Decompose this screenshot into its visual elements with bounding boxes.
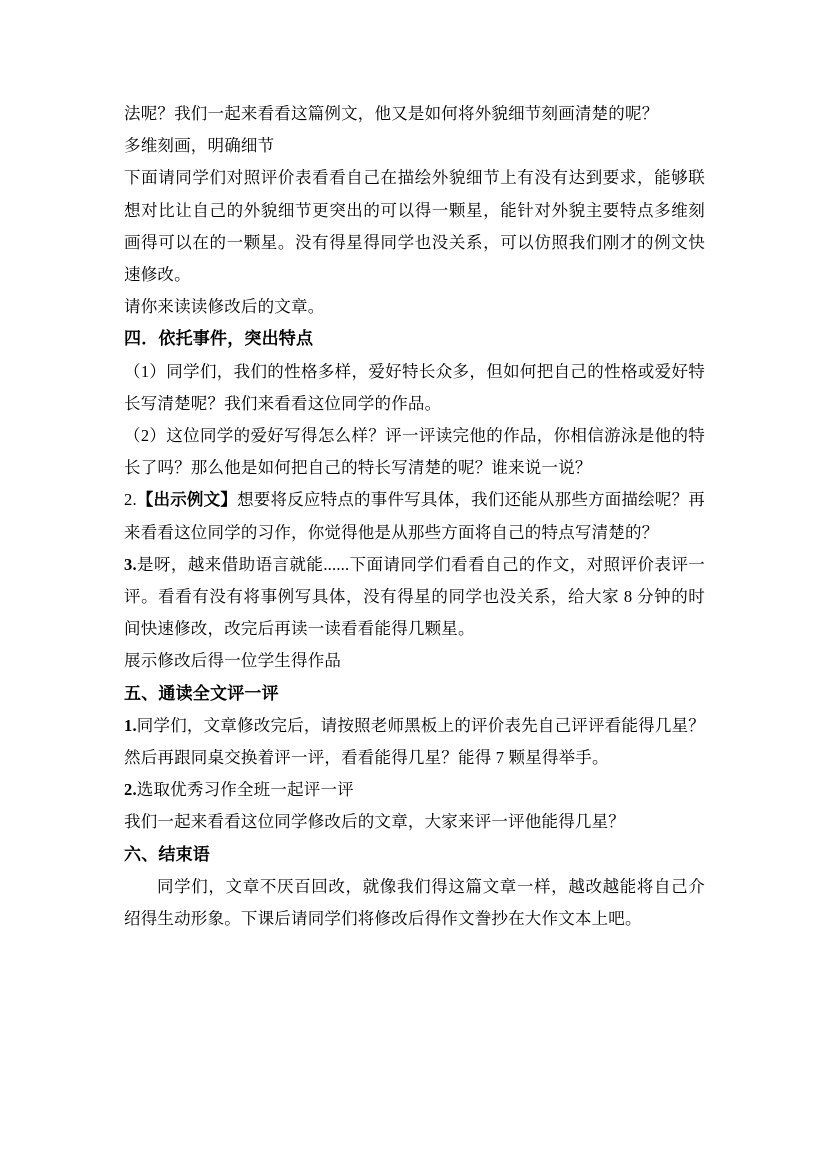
- text-run: （2）这位同学的爱好写得怎么样？评一评读完他的作品，你相信游泳是他的特长了吗？那…: [124, 426, 705, 477]
- section-heading: 六、结束语: [124, 839, 705, 871]
- text-run: （1）同学们，我们的性格多样，爱好特长众多，但如何把自己的性格或爱好特长写清楚呢…: [124, 362, 705, 413]
- text-run: 请你来读读修改后的文章。: [124, 297, 324, 316]
- section-heading: 四．依托事件，突出特点: [124, 323, 705, 355]
- document-content: 法呢？我们一起来看看这篇例文，他又是如何将外貌细节刻画清楚的呢？多维刻画，明确细…: [124, 98, 705, 935]
- paragraph: 下面请同学们对照评价表看看自己在描绘外貌细节上有没有达到要求，能够联想对比让自己…: [124, 162, 705, 291]
- paragraph: （1）同学们，我们的性格多样，爱好特长众多，但如何把自己的性格或爱好特长写清楚呢…: [124, 356, 705, 420]
- text-run: 是呀，越来借助语言就能......下面请同学们看看自己的作文，对照评价表评一评。…: [124, 555, 705, 638]
- text-run: 五、通读全文评一评: [124, 684, 279, 703]
- text-run: 展示修改后得一位学生得作品: [124, 651, 341, 670]
- paragraph: 法呢？我们一起来看看这篇例文，他又是如何将外貌细节刻画清楚的呢？: [124, 98, 705, 130]
- text-run: 同学们，文章不厌百回改，就像我们得这篇文章一样，越改越能将自己介绍得生动形象。下…: [124, 877, 705, 928]
- paragraph: 请你来读读修改后的文章。: [124, 291, 705, 323]
- paragraph: 1.同学们，文章修改完后，请按照老师黑板上的评价表先自己评评看能得几星？然后再跟…: [124, 710, 705, 774]
- text-run: 四．依托事件，突出特点: [124, 329, 313, 348]
- paragraph: 2.选取优秀习作全班一起评一评: [124, 774, 705, 806]
- text-run: 同学们，文章修改完后，请按照老师黑板上的评价表先自己评评看能得几星？然后再跟同桌…: [124, 716, 705, 767]
- text-run: 我们一起来看看这位同学修改后的文章，大家来评一评他能得几星？: [124, 812, 625, 831]
- paragraph: （2）这位同学的爱好写得怎么样？评一评读完他的作品，你相信游泳是他的特长了吗？那…: [124, 420, 705, 484]
- text-run: 多维刻画，明确细节: [124, 136, 274, 155]
- paragraph: 展示修改后得一位学生得作品: [124, 645, 705, 677]
- paragraph: 多维刻画，明确细节: [124, 130, 705, 162]
- paragraph: 2.【出示例文】想要将反应特点的事件写具体，我们还能从那些方面描绘呢？再来看看这…: [124, 484, 705, 548]
- text-run: 【出示例文】: [137, 490, 237, 509]
- document-page: 法呢？我们一起来看看这篇例文，他又是如何将外貌细节刻画清楚的呢？多维刻画，明确细…: [0, 0, 827, 1170]
- text-run: 下面请同学们对照评价表看看自己在描绘外貌细节上有没有达到要求，能够联想对比让自己…: [124, 168, 705, 284]
- paragraph: 同学们，文章不厌百回改，就像我们得这篇文章一样，越改越能将自己介绍得生动形象。下…: [124, 871, 705, 935]
- text-run: 1.: [124, 716, 137, 735]
- text-run: 法呢？我们一起来看看这篇例文，他又是如何将外貌细节刻画清楚的呢？: [124, 104, 658, 123]
- text-run: 2.: [124, 490, 137, 509]
- text-run: 选取优秀习作全班一起评一评: [137, 780, 354, 799]
- text-run: 六、结束语: [124, 845, 210, 864]
- text-run: 2.: [124, 780, 137, 799]
- text-run: 3.: [124, 555, 137, 574]
- section-heading: 五、通读全文评一评: [124, 678, 705, 710]
- paragraph: 我们一起来看看这位同学修改后的文章，大家来评一评他能得几星？: [124, 806, 705, 838]
- paragraph: 3.是呀，越来借助语言就能......下面请同学们看看自己的作文，对照评价表评一…: [124, 549, 705, 646]
